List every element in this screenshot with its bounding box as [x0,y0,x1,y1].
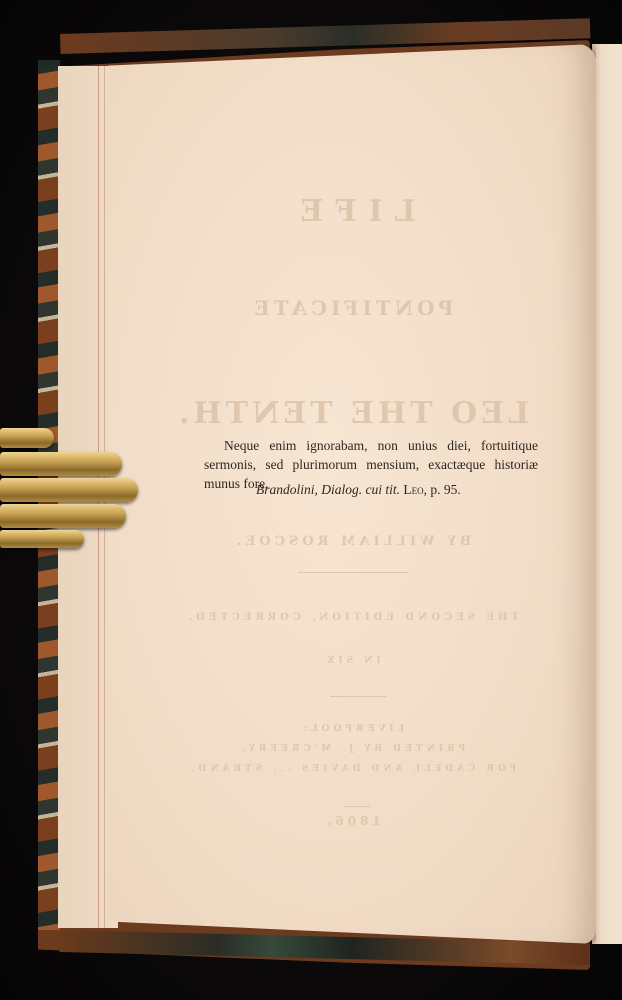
bleed-through-text: LEO THE TENTH. [108,396,596,431]
book-page: LIFE PONTIFICATE LEO THE TENTH. BY WILLI… [108,44,596,944]
book-photo: LIFE PONTIFICATE LEO THE TENTH. BY WILLI… [0,0,622,1000]
bleed-through-text: FOR CADELL AND DAVIES ... STRAND. [108,764,596,774]
bleed-through-text: IN SIX [108,656,596,666]
brass-finger [0,478,138,502]
bleed-through-text: LIFE [108,194,596,229]
bleed-through-text: PRINTED BY J. M'CREERY, [108,744,596,754]
brass-finger [0,428,54,448]
page-stack [592,44,622,944]
attribution-source: Brandolini, Dialog. cui tit. [256,482,400,497]
bleed-through-rule [344,806,370,807]
bleed-through-rule [330,696,386,697]
bleed-through-text: BY WILLIAM ROSCOE. [108,534,596,549]
brass-hand-page-clip [0,428,140,558]
attribution-title: Leo [403,482,423,497]
bleed-through-text: 1806. [108,814,596,828]
attribution-page: , p. 95. [424,482,461,497]
bleed-through-text: LIVERPOOL: [108,724,596,734]
bleed-through-text: PONTIFICATE [108,296,596,320]
brass-finger [0,504,126,528]
bleed-through-rule [298,572,408,573]
brass-finger [0,530,84,548]
brass-finger [0,452,122,476]
epigraph-attribution: Brandolini, Dialog. cui tit. Leo, p. 95. [256,482,461,498]
bleed-through-text: THE SECOND EDITION, CORRECTED. [108,612,596,623]
